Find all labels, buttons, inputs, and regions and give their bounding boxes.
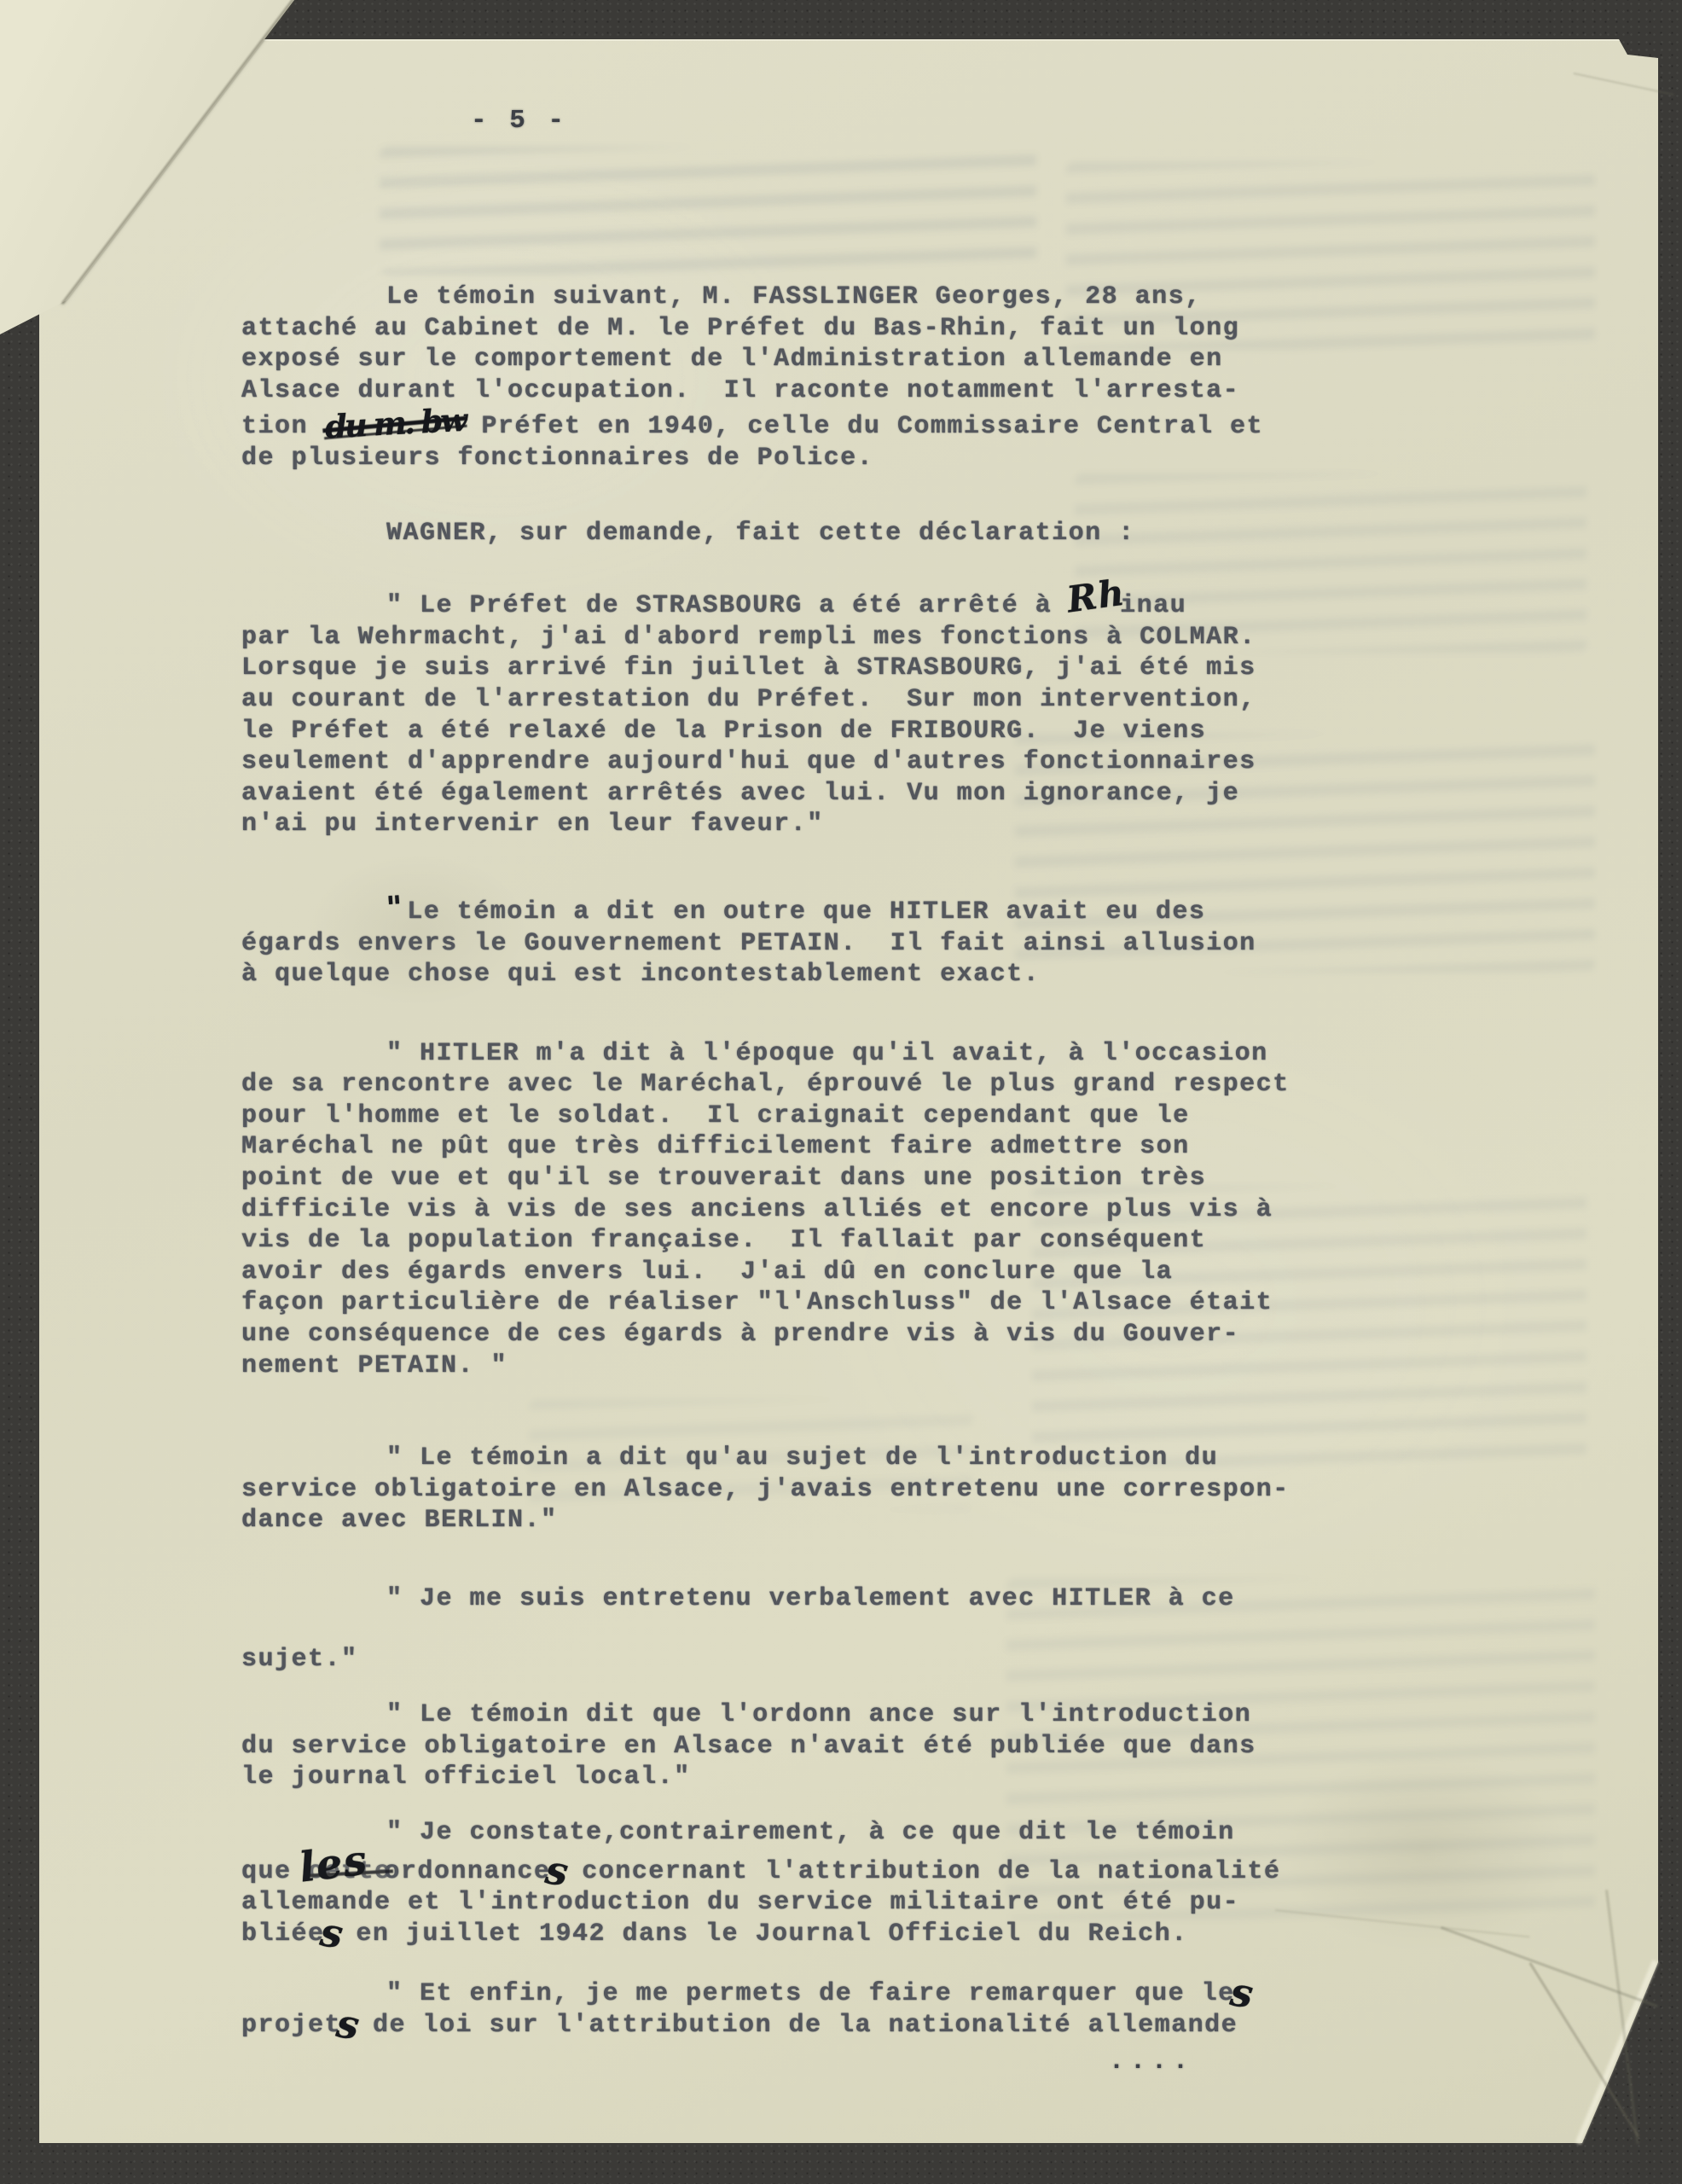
typed-line: une conséquence de ces égards à prendre … (241, 1319, 1504, 1350)
typed-line: " Et enfin, je me permets de faire remar… (241, 1978, 1504, 2010)
typed-text: tion (241, 412, 325, 441)
typed-line: attaché au Cabinet de M. le Préfet du Ba… (241, 313, 1504, 345)
typed-line: égards envers le Gouvernement PETAIN. Il… (241, 928, 1504, 960)
handwritten-annotation: " (386, 892, 405, 924)
typed-text-block: Le témoin suivant, M. FASSLINGER Georges… (241, 282, 1504, 2042)
handwritten-annotation: s (1231, 1991, 1254, 1995)
typed-line: seulement d'apprendre aujourd'hui que d'… (241, 746, 1504, 778)
typed-line: WAGNER, sur demande, fait cette déclarat… (241, 518, 1504, 549)
typed-line: nement PETAIN. " (241, 1350, 1504, 1382)
scanner-background: - 5 - Le témoin suivant, M. FASSLINGER G… (0, 0, 1682, 2184)
handwritten-annotation: s (321, 1931, 344, 1935)
typed-line: point de vue et qu'il se trouverait dans… (241, 1163, 1504, 1194)
typed-line: Lorsque je suis arrivé fin juillet à STR… (241, 653, 1504, 684)
typed-line: le journal officiel local." (241, 1762, 1504, 1793)
typed-line: tion du m. bw Préfet en 1940, celle du C… (241, 406, 1504, 443)
typed-text: ordonnance (368, 1857, 551, 1886)
paragraph: " Le témoin dit que l'ordonn ance sur l'… (241, 1699, 1504, 1793)
paragraph: " HITLER m'a dit à l'époque qu'il avait,… (241, 1038, 1504, 1382)
typed-line: vis de la population française. Il falla… (241, 1225, 1504, 1257)
typed-line: exposé sur le comportement de l'Administ… (241, 344, 1504, 375)
typed-line: de sa rencontre avec le Maréchal, éprouv… (241, 1069, 1504, 1101)
typed-line: le Préfet a été relaxé de la Prison de F… (241, 716, 1504, 747)
handwritten-annotation: les (298, 1844, 369, 1884)
typed-line: par la Wehrmacht, j'ai d'abord rempli me… (241, 622, 1504, 653)
paragraph: " Je me suis entretenu verbalement avec … (241, 1583, 1504, 1675)
typed-text: bliée (241, 1920, 325, 1949)
paragraph: Le témoin suivant, M. FASSLINGER Georges… (241, 282, 1504, 474)
typed-line: Le témoin suivant, M. FASSLINGER Georges… (241, 282, 1504, 313)
typed-line: bliées en juillet 1942 dans le Journal O… (241, 1919, 1504, 1950)
handwritten-annotation: s (337, 2023, 360, 2026)
typed-line: projets de loi sur l'attribution de la n… (241, 2010, 1504, 2042)
typed-line: du service obligatoire en Alsace n'avait… (241, 1731, 1504, 1763)
typed-line: allemande et l'introduction du service m… (241, 1887, 1504, 1919)
typed-text: Préfet en 1940, celle du Commissaire Cen… (465, 412, 1263, 441)
paragraph: " Et enfin, je me permets de faire remar… (241, 1978, 1504, 2041)
handwritten-annotation: du m. bw (324, 404, 466, 443)
typed-line: n'ai pu intervenir en leur faveur." (241, 809, 1504, 840)
typed-text: en juillet 1942 dans le Journal Officiel… (339, 1920, 1188, 1949)
typed-line: " Le témoin dit que l'ordonn ance sur l'… (241, 1699, 1504, 1731)
typed-line: difficile vis à vis de ses anciens allié… (241, 1194, 1504, 1226)
typed-line: Maréchal ne pût que très difficilement f… (241, 1131, 1504, 1163)
paragraph: " Le témoin a dit qu'au sujet de l'intro… (241, 1443, 1504, 1536)
end-dots: .... (1109, 2047, 1194, 2077)
typed-text: projet (241, 2011, 341, 2040)
typed-line: service obligatoire en Alsace, j'avais e… (241, 1474, 1504, 1506)
typed-line: " Le témoin a dit qu'au sujet de l'intro… (241, 1443, 1504, 1474)
typed-line: de plusieurs fonctionnaires de Police. (241, 443, 1504, 474)
typed-line: façon particulière de réaliser "l'Anschl… (241, 1287, 1504, 1319)
typed-text: " Le Préfet de STRASBOURG a été arrêté à (386, 591, 1069, 620)
typed-line: à quelque chose qui est incontestablemen… (241, 959, 1504, 990)
typed-line: "Le témoin a dit en outre que HITLER ava… (241, 892, 1504, 928)
typed-line: pour l'homme et le soldat. Il craignait … (241, 1101, 1504, 1132)
typed-line: " Je me suis entretenu verbalement avec … (241, 1583, 1504, 1615)
typed-line: sujet." (241, 1644, 1504, 1676)
typed-line: " Je constate,contrairement, à ce que di… (241, 1817, 1504, 1849)
typed-line: " Le Préfet de STRASBOURG a été arrêté à… (241, 584, 1504, 622)
paragraph: " Le Préfet de STRASBOURG a été arrêté à… (241, 584, 1504, 840)
typed-text: concernant l'attribution de la nationali… (565, 1857, 1281, 1886)
paragraph: " Je constate,contrairement, à ce que di… (241, 1817, 1504, 1949)
paragraph: "Le témoin a dit en outre que HITLER ava… (241, 892, 1504, 990)
typed-line: avoir des égards envers lui. J'ai dû en … (241, 1257, 1504, 1288)
typed-text: de loi sur l'attribution de la nationali… (356, 2011, 1238, 2040)
page-number: - 5 - (471, 106, 567, 136)
typed-text: " Et enfin, je me permets de faire remar… (386, 1979, 1235, 2008)
typed-text: Le témoin a dit en outre que HITLER avai… (407, 897, 1205, 926)
typed-line: dance avec BERLIN." (241, 1505, 1504, 1536)
handwritten-annotation: Rh (1064, 578, 1127, 617)
typed-text: inau (1120, 591, 1186, 620)
paragraph: WAGNER, sur demande, fait cette déclarat… (241, 518, 1504, 549)
handwritten-annotation: s (547, 1869, 570, 1873)
typed-line: que cetteles ordonnances concernant l'at… (241, 1849, 1504, 1888)
typed-line: " HITLER m'a dit à l'époque qu'il avait,… (241, 1038, 1504, 1070)
typed-line: au courant de l'arrestation du Préfet. S… (241, 684, 1504, 716)
typed-line: avaient été également arrêtés avec lui. … (241, 778, 1504, 810)
